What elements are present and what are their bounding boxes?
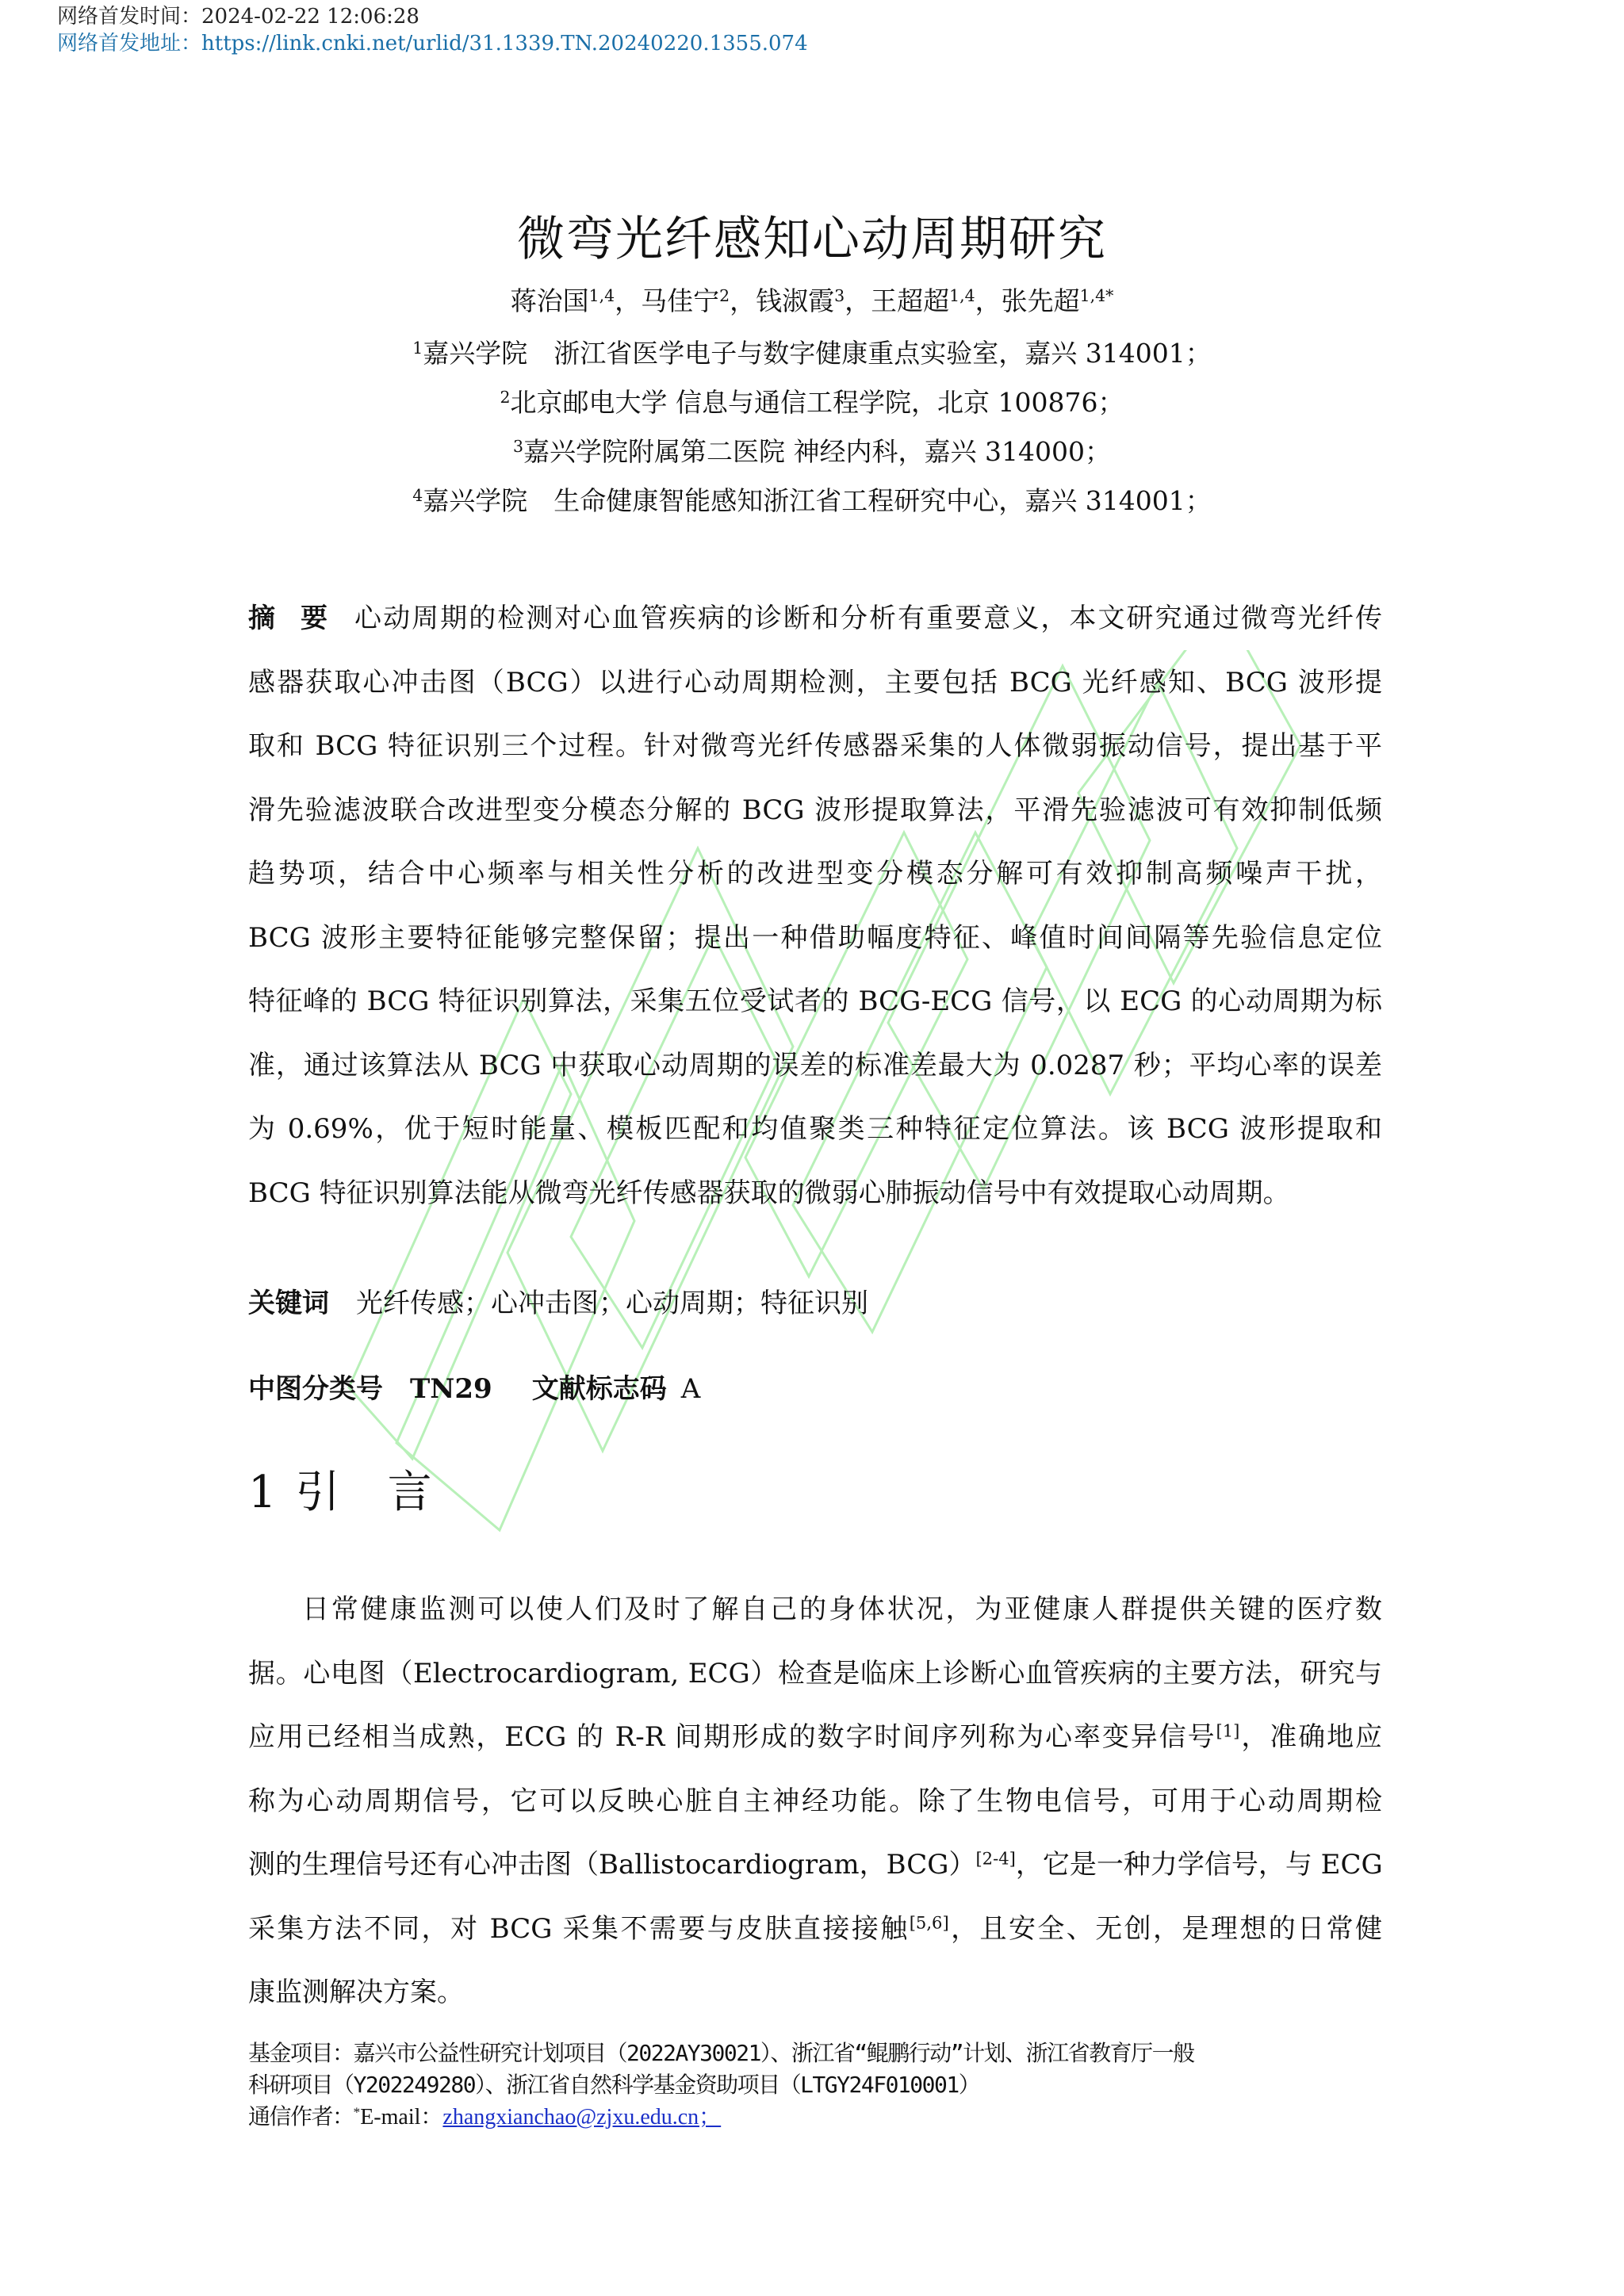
abstract-line: 摘 要心动周期的检测对心血管疾病的诊断和分析有重要意义，本文研究通过微弯光纤传 — [248, 587, 1382, 651]
citation[interactable]: [5,6] — [910, 1912, 949, 1932]
body-line: 测的生理信号还有心冲击图（Ballistocardiogram，BCG）[2-4… — [248, 1833, 1382, 1897]
doc-code-value: A — [681, 1373, 701, 1405]
author: 王超超1,4， — [871, 285, 1002, 316]
funding-line: 科研项目（Y202249280）、浙江省自然科学基金资助项目（LTGY24F01… — [248, 2069, 1382, 2101]
author-list: 蒋治国1,4，马佳宁2，钱淑霞3，王超超1,4，张先超1,4* — [0, 284, 1624, 319]
doc-code-label: 文献标志码 — [532, 1373, 667, 1405]
affiliation-2: 2北京邮电大学 信息与通信工程学院，北京 100876； — [0, 385, 1624, 420]
keywords: 关键词光纤传感；心冲击图；心动周期；特征识别 — [248, 1286, 868, 1321]
abstract-line: 感器获取心冲击图（BCG）以进行心动周期检测，主要包括 BCG 光纤感知、BCG… — [248, 651, 1382, 715]
abstract: 摘 要心动周期的检测对心血管疾病的诊断和分析有重要意义，本文研究通过微弯光纤传 … — [248, 587, 1382, 1225]
author: 张先超1,4* — [1002, 285, 1114, 316]
author: 蒋治国1,4， — [511, 285, 642, 316]
abstract-line: 滑先验滤波联合改进型变分模态分解的 BCG 波形提取算法，平滑先验滤波可有效抑制… — [248, 779, 1382, 843]
citation[interactable]: [2-4] — [975, 1848, 1015, 1868]
abstract-line: 趋势项，结合中心频率与相关性分析的改进型变分模态分解可有效抑制高频噪声干扰， — [248, 842, 1382, 906]
section-title-part: 言 — [388, 1467, 432, 1518]
affiliation-3: 3嘉兴学院附属第二医院 神经内科，嘉兴 314000； — [0, 434, 1624, 469]
abstract-line: 取和 BCG 特征识别三个过程。针对微弯光纤传感器采集的人体微弱振动信号，提出基… — [248, 714, 1382, 779]
body-line: 应用已经相当成熟，ECG 的 R-R 间期形成的数字时间序列称为心率变异信号[1… — [248, 1705, 1382, 1770]
body-line: 康监测解决方案。 — [248, 1961, 1382, 2025]
section-title-part: 引 — [296, 1467, 340, 1518]
footnote: 基金项目：嘉兴市公益性研究计划项目（2022AY30021）、浙江省“鲲鹏行动”… — [248, 2038, 1382, 2133]
affiliation-1: 1嘉兴学院 浙江省医学电子与数字健康重点实验室，嘉兴 314001； — [0, 336, 1624, 371]
body-text: 日常健康监测可以使人们及时了解自己的身体状况，为亚健康人群提供关键的医疗数 据。… — [248, 1578, 1382, 2025]
abstract-line: BCG 特征识别算法能从微弯光纤传感器获取的微弱心肺振动信号中有效提取心动周期。 — [248, 1161, 1382, 1226]
contact-line: 通信作者：*E-mail：zhangxianchao@zjxu.edu.cn； — [248, 2101, 1382, 2133]
abstract-label: 摘 要 — [248, 603, 335, 634]
author: 马佳宁2， — [641, 285, 756, 316]
author: 钱淑霞3， — [756, 285, 871, 316]
online-publish-time: 网络首发时间：2024-02-22 12:06:28 — [57, 3, 419, 30]
keywords-label: 关键词 — [248, 1288, 329, 1319]
online-publish-time-value: 2024-02-22 12:06:28 — [201, 5, 419, 29]
abstract-line: 为 0.69%，优于短时能量、模板匹配和均值聚类三种特征定位算法。该 BCG 波… — [248, 1097, 1382, 1161]
abstract-line: 准，通过该算法从 BCG 中获取心动周期的误差的标准差最大为 0.0287 秒；… — [248, 1034, 1382, 1098]
citation[interactable]: [1] — [1216, 1720, 1240, 1740]
classification-value: TN29 — [410, 1373, 492, 1405]
body-line: 称为心动周期信号，它可以反映心脏自主神经功能。除了生物电信号，可用于心动周期检 — [248, 1770, 1382, 1834]
contact-email-link[interactable]: zhangxianchao@zjxu.edu.cn； — [442, 2105, 721, 2130]
section-number: 1 — [248, 1467, 277, 1518]
classification-label: 中图分类号 — [248, 1373, 383, 1405]
keywords-value: 光纤传感；心冲击图；心动周期；特征识别 — [356, 1288, 868, 1319]
section-heading: 1引言 — [248, 1465, 432, 1521]
body-line: 日常健康监测可以使人们及时了解自己的身体状况，为亚健康人群提供关键的医疗数 — [248, 1578, 1382, 1642]
abstract-line: BCG 波形主要特征能够完整保留；提出一种借助幅度特征、峰值时间间隔等先验信息定… — [248, 906, 1382, 970]
classification: 中图分类号TN29文献标志码A — [248, 1372, 700, 1406]
online-publish-url-label: 网络首发地址： — [57, 32, 201, 55]
body-line: 据。心电图（Electrocardiogram, ECG）检查是临床上诊断心血管… — [248, 1642, 1382, 1706]
online-publish-url-link[interactable]: https://link.cnki.net/urlid/31.1339.TN.2… — [201, 32, 808, 55]
online-publish-url: 网络首发地址：https://link.cnki.net/urlid/31.13… — [57, 30, 808, 57]
body-line: 采集方法不同，对 BCG 采集不需要与皮肤直接接触[5,6]，且安全、无创，是理… — [248, 1897, 1382, 1961]
abstract-line: 特征峰的 BCG 特征识别算法，采集五位受试者的 BCG-ECG 信号，以 EC… — [248, 970, 1382, 1034]
paper-title: 微弯光纤感知心动周期研究 — [0, 208, 1624, 271]
funding-line: 基金项目：嘉兴市公益性研究计划项目（2022AY30021）、浙江省“鲲鹏行动”… — [248, 2038, 1382, 2069]
affiliation-4: 4嘉兴学院 生命健康智能感知浙江省工程研究中心，嘉兴 314001； — [0, 484, 1624, 519]
online-publish-time-label: 网络首发时间： — [57, 5, 201, 29]
